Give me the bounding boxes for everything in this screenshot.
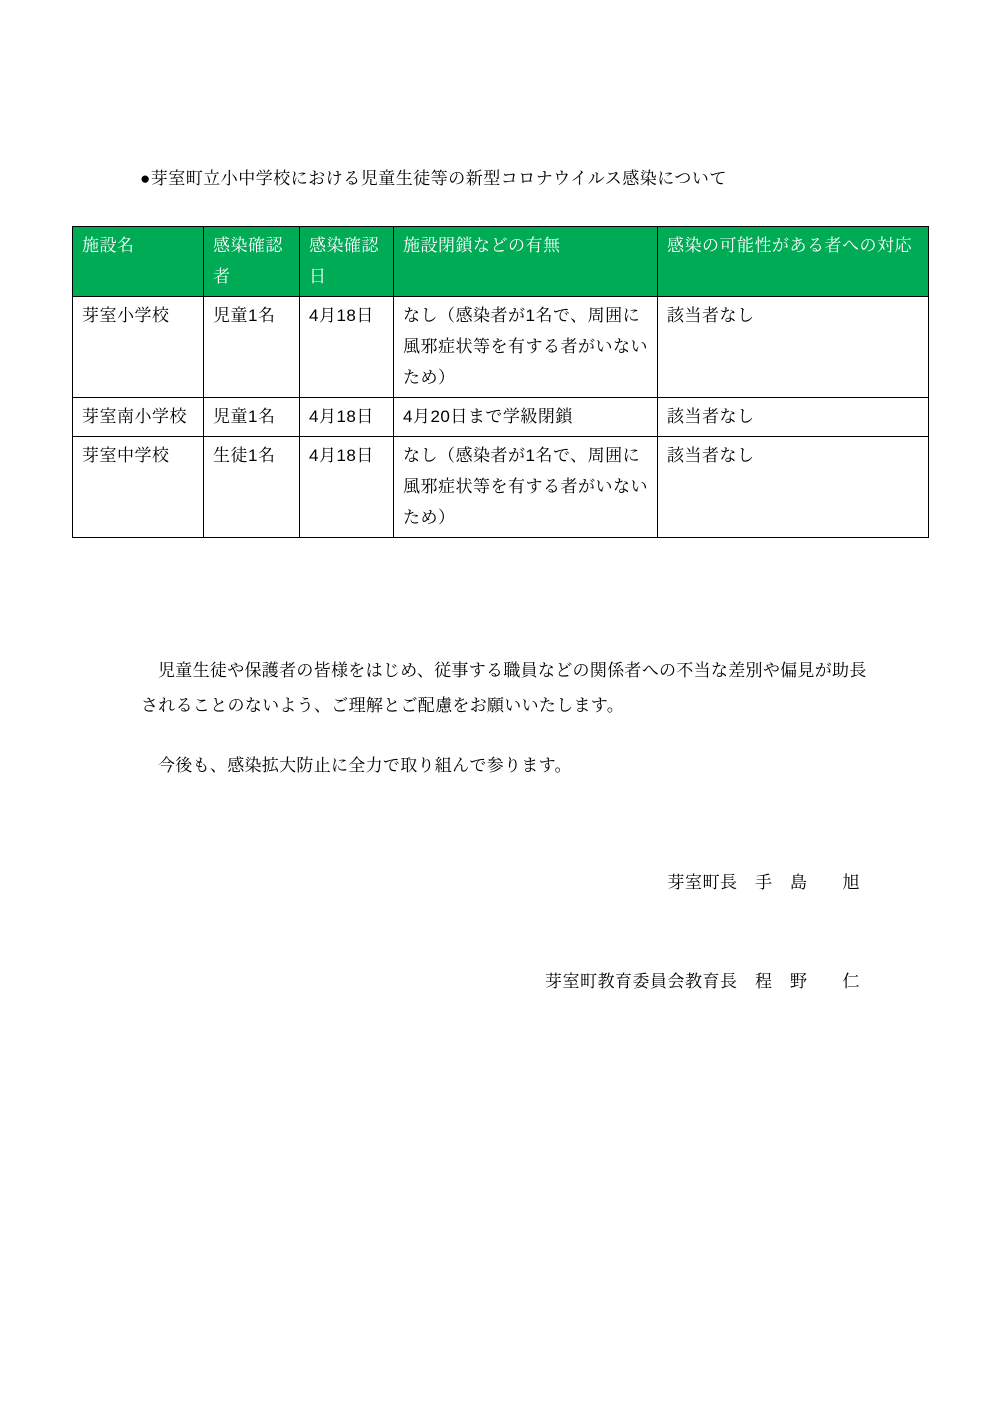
cell-confirmed: 児童1名 [204, 297, 300, 398]
signature-superintendent: 芽室町教育委員会教育長 程 野 仁 [545, 965, 860, 998]
header-cell-closure: 施設閉鎖などの有無 [394, 227, 658, 297]
cell-facility: 芽室中学校 [73, 437, 204, 538]
cell-response: 該当者なし [658, 398, 929, 437]
cell-closure: なし（感染者が1名で、周囲に風邪症状等を有する者がいないため） [394, 297, 658, 398]
header-cell-response: 感染の可能性がある者への対応 [658, 227, 929, 297]
signature-block: 芽室町長 手 島 旭 芽室町教育委員会教育長 程 野 仁 [545, 800, 860, 1064]
cell-closure: 4月20日まで学級閉鎖 [394, 398, 658, 437]
cell-confirmed: 児童1名 [204, 398, 300, 437]
header-cell-facility: 施設名 [73, 227, 204, 297]
cell-confirmed: 生徒1名 [204, 437, 300, 538]
header-cell-confirmed: 感染確認 者 [204, 227, 300, 297]
cell-date: 4月18日 [300, 398, 394, 437]
table-header-row: 施設名 感染確認 者 感染確認 日 施設閉鎖などの有無 感染の可能性がある者への… [73, 227, 929, 297]
cell-facility: 芽室南小学校 [73, 398, 204, 437]
table-row: 芽室南小学校 児童1名 4月18日 4月20日まで学級閉鎖 該当者なし [73, 398, 929, 437]
signature-mayor: 芽室町長 手 島 旭 [545, 866, 860, 899]
cell-closure: なし（感染者が1名で、周囲に風邪症状等を有する者がいないため） [394, 437, 658, 538]
table-row: 芽室小学校 児童1名 4月18日 なし（感染者が1名で、周囲に風邪症状等を有する… [73, 297, 929, 398]
cell-response: 該当者なし [658, 297, 929, 398]
header-cell-date: 感染確認 日 [300, 227, 394, 297]
document-title: ●芽室町立小中学校における児童生徒等の新型コロナウイルス感染について [140, 167, 727, 191]
cell-facility: 芽室小学校 [73, 297, 204, 398]
document-page: ●芽室町立小中学校における児童生徒等の新型コロナウイルス感染について 施設名 感… [0, 0, 1000, 1415]
cell-response: 該当者なし [658, 437, 929, 538]
cell-date: 4月18日 [300, 437, 394, 538]
cell-date: 4月18日 [300, 297, 394, 398]
paragraph-consideration: 児童生徒や保護者の皆様をはじめ、従事する職員などの関係者への不当な差別や偏見が助… [141, 653, 873, 723]
infection-info-table: 施設名 感染確認 者 感染確認 日 施設閉鎖などの有無 感染の可能性がある者への… [72, 226, 929, 538]
table-row: 芽室中学校 生徒1名 4月18日 なし（感染者が1名で、周囲に風邪症状等を有する… [73, 437, 929, 538]
paragraph-commitment: 今後も、感染拡大防止に全力で取り組んで参ります。 [141, 748, 873, 783]
